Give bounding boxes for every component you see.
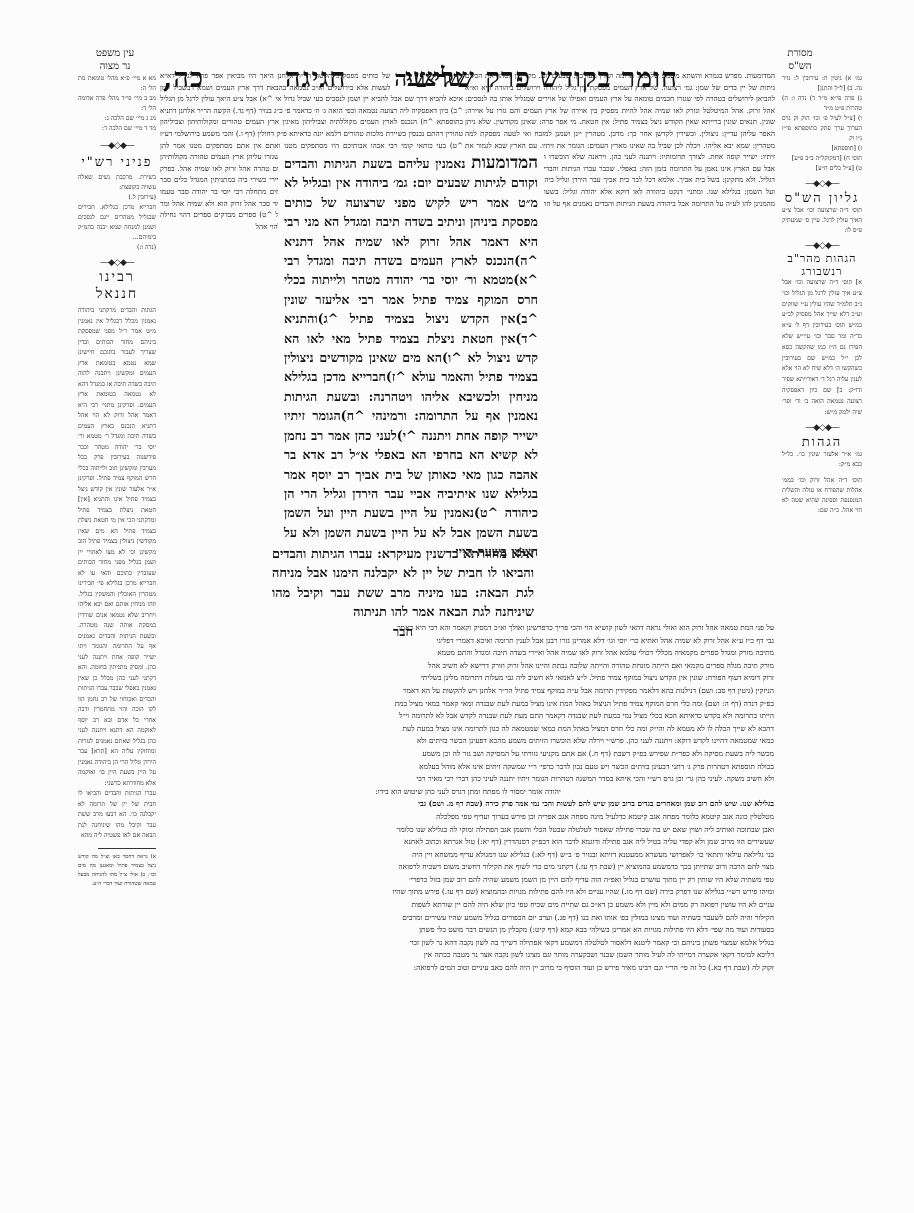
ornament-divider <box>78 142 156 150</box>
pninei-rashi-entry: חברייא מרכן בגלילא. חבירים שבגליל מטהרים… <box>78 203 156 243</box>
footnote-rule <box>98 848 156 849</box>
gemara-block: המדומעות נאמנין עליהם בשעת הגיתות והבדים… <box>278 150 544 558</box>
ein-mishpat-entry: מב ב מיי׳ פי״ד מהל׳ פרה אדומה הל׳ ד: <box>78 94 156 114</box>
commentary-line: ומיהו פירש רש״י בגלילא שנו דפרק כירה (שם… <box>162 886 774 899</box>
commentary-line: בפ״ק דנדה (דף ה: ושם) ומה כלי חרס המוקף … <box>162 698 774 711</box>
hagahot-title: הגהות <box>782 434 862 450</box>
commentary-line: מכשר ליה בשעת מסיקה ולא כפר״ת שפירש בפ״ק… <box>162 748 774 761</box>
commentary-line: זרוק דומיא דעוף הפורח: שונין אין הקדש ני… <box>162 672 774 685</box>
masoret-entry: ז) [תוספתא] <box>782 144 862 154</box>
commentary-line: יהודה אומר ימסור לו מפתח ומתן דגרס לעני … <box>162 786 774 799</box>
gemara-lead-word: המדומעות <box>471 153 538 173</box>
left-margin-column: מא א מיי׳ פ״א מהל׳ טומאת מת הל׳ ה: מב ב … <box>78 74 156 889</box>
commentary-line: בסעודות ועוד מה שפי׳ דלא היו פתילות מגוי… <box>162 924 774 937</box>
commentary-line: עניים לא היו עושין רפואה רק ממים ולא מיי… <box>162 899 774 912</box>
commentary-line: גבי דף כ״ז ע״א אהל זרוק לא שמיה אהל ואתי… <box>162 635 774 648</box>
ein-mishpat-entry: מד ד מיי׳ שם הלכה ד: <box>78 124 156 134</box>
masoret-entry: ט) [צ״ל כלים ח״ע] <box>782 164 862 174</box>
rabbeinu-chananel-title: רבינו חננאל <box>78 269 156 303</box>
gemara-text: המדומעות נאמנין עליהם בשעת הגיתות והבדים… <box>284 154 538 558</box>
pninei-rashi-entry: בשירת. מרכבת נשים שאלה עשויה כקופצת: <box>78 173 156 193</box>
hagahot-maharav-title: הגהות מהר"ב רנשבורג <box>782 252 862 278</box>
commentary-line: הייתו בתרומה ולא בקדש כדאיתא הכא בכלי מצ… <box>162 710 774 723</box>
ornament-divider <box>782 424 862 432</box>
masoret-header-line-1: מסורת <box>770 47 830 60</box>
commentary-line: כמאי שמטמאה דהיינו לקדש דוקא: ויתננה לענ… <box>162 735 774 748</box>
rabbeinu-chananel-dibbur: עברו הגיתות והבדים והביאו לו חבית של יין… <box>78 789 156 842</box>
hagahot-text-1: גמ׳ א״ר אלעזר שונין כו׳. כל״ל ככא מ״ק: <box>782 450 862 470</box>
masoret-header-line-2: הש"ס <box>770 60 830 73</box>
pninei-rashi-title: פניני רש"י <box>78 154 156 170</box>
pninei-rashi-section: בשירת. מרכבת נשים שאלה עשויה כקופצת: (עי… <box>78 173 156 253</box>
ein-mishpat-entry: מג ג מיי׳ שם הלכה ג: <box>78 114 156 124</box>
commentary-line: טפי משתיה שלא היו שותין רק יין מתוך עושר… <box>162 874 774 887</box>
commentary-line: מורק תיבה מגלה ספרים מקמאי ואם הייתה מונ… <box>162 660 774 673</box>
ornament-divider <box>782 242 862 250</box>
ein-mishpat-header-line-2: נר מצוה <box>85 60 145 73</box>
pninei-rashi-source: (עירובין ל.) <box>78 193 156 203</box>
masoret-entry: ו) [צ״ל לעיל פ׳ וכו׳ הוק וק גרס הערוך ער… <box>782 114 862 144</box>
masoret-hashas-section: גמ׳ א) גיטין ח: עירובין ל: נזיר נה. ב) [… <box>782 74 862 174</box>
ornament-divider <box>78 259 156 267</box>
commentary-line: מצוי להם הרבה ורוב שתייתן בכך כדמשמע בהמ… <box>162 861 774 874</box>
commentary-line: דליכא למימר דקאי אקערה דמייתי לה לעיל מו… <box>162 949 774 962</box>
gemara-body: נאמנין עליהם בשעת הגיתות והבדים וקודם לג… <box>284 156 538 558</box>
masoret-hashas-header: מסורת הש"ס <box>770 47 830 73</box>
ein-mishpat-entry: מא א מיי׳ פ״א מהל׳ טומאת מת הל׳ ה: <box>78 74 156 94</box>
ein-mishpat-header: עין משפט נר מצוה <box>85 47 145 73</box>
hagahot-text-2: תוס׳ ד״ה אהל זרוק וכו׳ בממ׳ אהלות שהפורח… <box>782 476 862 516</box>
ein-mishpat-header-line-1: עין משפט <box>85 47 145 60</box>
pninei-rashi-source: (נדה ו:) <box>78 243 156 253</box>
ein-mishpat-section: מא א מיי׳ פ״א מהל׳ טומאת מת הל׳ ה: מב ב … <box>78 74 156 134</box>
commentary-line: ולא חשיב משקה. לעיני כהן גר׳ וכן גרס רש״… <box>162 773 774 786</box>
commentary-line: הקילור והיה להם לשעבר בשתיה ועוד מצינו ב… <box>162 912 774 925</box>
commentary-line: בכולה תוספתא דטהרות פרק ג׳ דתני דבעינן ב… <box>162 761 774 774</box>
bottom-commentary: על פני המת טמאה אהל זרוק הוא ואולי נראה … <box>162 622 774 975</box>
rabbeinu-chananel-footnotes: א) נראה דחסר כאן וצ״ל מה קודש ניצל בצמיד… <box>78 853 156 889</box>
rabbeinu-chananel-text: הגתות והבדים מרקתני ביהודה נאמנין מכלל ד… <box>78 306 156 789</box>
ornament-divider <box>782 180 862 188</box>
commentary-line: זקוק לה (שבת דף כא.) כל זה פי׳ הר״י וגם … <box>162 962 774 975</box>
commentary-line: ואבן שבתוכה ואותיב ליה ושוין שאם יש בה ש… <box>162 824 774 837</box>
masoret-entry: ג) פרה פי״א מ״ד ד) נדה ו: ה) טהרות פ״ט מ… <box>782 94 862 114</box>
gemara-mishnah-text: אלא מחוורתא כדשנין מעיקרא: עברו הגיתות ו… <box>272 547 534 620</box>
commentary-line: על פני המת טמאה אהל זרוק הוא ואולי נראה … <box>162 622 774 635</box>
commentary-line: הניזקין (גיטין דף סב: ושם) דנילנות בהא ד… <box>162 685 774 698</box>
right-margin-column: גמ׳ א) גיטין ח: עירובין ל: נזיר נה. ב) [… <box>782 74 862 516</box>
tosafot-dibbur-hamatchil: שרצועה <box>394 70 463 88</box>
gilyon-hashas-text: תוס׳ ד״ה שרצועה וכו׳ אבל צ״ע האיך עולין … <box>782 206 862 236</box>
commentary-line: בגליל אלמא שמצוי פשתן ביניהם וכי קאמר לי… <box>162 937 774 950</box>
commentary-line: מטלטלין כונה אגב קיטמא כלומר מפחה אגב קי… <box>162 811 774 824</box>
commentary-line: מתיבה מזרק ומגדל ספרים מקמאיה מכללי דכול… <box>162 647 774 660</box>
commentary-line: שעשירים הוו מרוב שמן ולא קפדי עליה בטיל … <box>162 836 774 849</box>
gilyon-hashas-title: גליון הש"ס <box>782 190 862 206</box>
commentary-line: דהכא לא שייך הכלה לו לא מטמא לה והי״ק ומ… <box>162 723 774 736</box>
masoret-entry: תוס׳ ח) [דמקוקל״ה ב״ב פ״ע] <box>782 154 862 164</box>
commentary-line: בגלילא שנו. שיש להם רוב שמן ומאהרים בגדי… <box>162 798 774 811</box>
hagahot-maharav-text: א] תוס׳ ד״ה שרצועה וכו׳ אבל צ״ע איך עולי… <box>782 278 862 418</box>
masoret-entry: גמ׳ א) גיטין ח: עירובין ל: נזיר נה. ב) [… <box>782 74 862 94</box>
commentary-line: בני גלילאה עילאי ותתאי כו׳ לאפרושי מעשרא… <box>162 849 774 862</box>
